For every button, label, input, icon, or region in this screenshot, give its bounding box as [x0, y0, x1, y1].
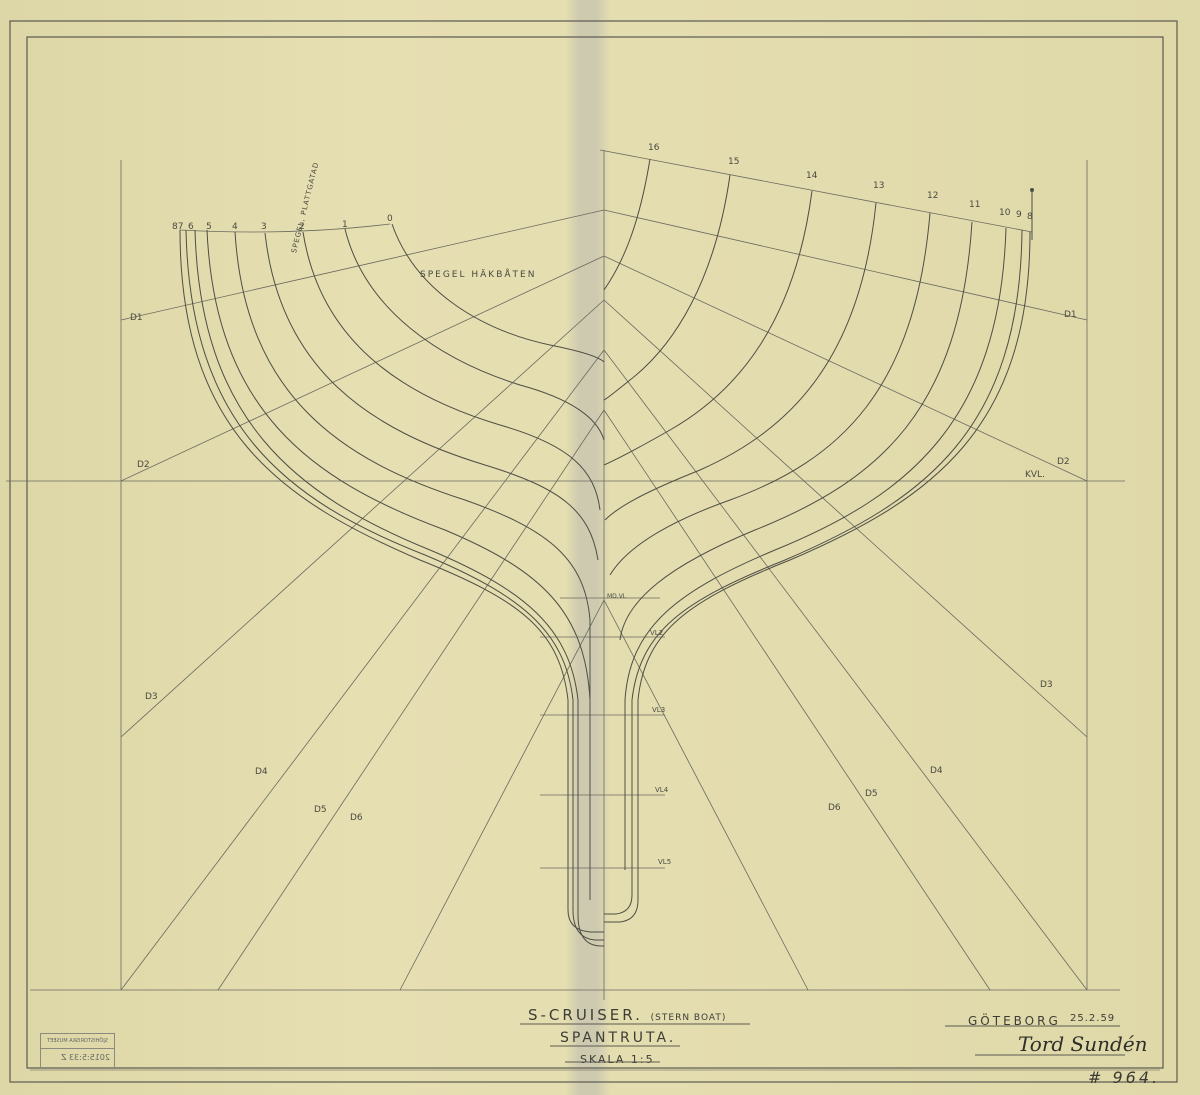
- stamp-line2: 2015:5:33 Z: [41, 1049, 114, 1067]
- stamp-line1: SJÖHISTORISKA MUSEET: [41, 1034, 114, 1049]
- museum-stamp: SJÖHISTORISKA MUSEET 2015:5:33 Z: [40, 1033, 115, 1069]
- title-underlines: [0, 0, 1200, 1095]
